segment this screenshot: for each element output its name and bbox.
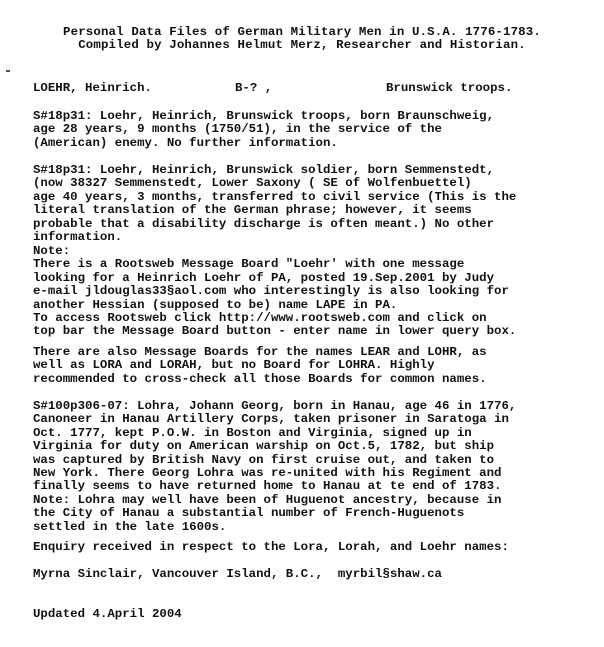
text-line: was captured by British Navy on first cr… [33,454,598,467]
text-line: information. [33,231,598,244]
text-line: Virginia for duty on American warship on… [33,440,598,453]
scan-mark [6,70,10,72]
text-line: recommended to cross-check all those Boa… [33,373,598,386]
text-line: age 40 years, 3 months, transferred to c… [33,191,598,204]
entry-unit: Brunswick troops. [386,82,512,95]
record-paragraph-2: S#18p31: Loehr, Heinrich, Brunswick sold… [33,164,598,244]
text-line: There is a Rootsweb Message Board "Loehr… [33,258,598,271]
text-line: Oct. 1777, kept P.O.W. in Boston and Vir… [33,427,598,440]
text-line: S#18p31: Loehr, Heinrich, Brunswick troo… [33,110,598,123]
text-line: settled in the late 1600s. [33,521,598,534]
text-line: S#100p306-07: Lohra, Johann Georg, born … [33,400,598,413]
text-line: S#18p31: Loehr, Heinrich, Brunswick sold… [33,164,598,177]
text-line: (American) enemy. No further information… [33,137,598,150]
text-line: Canoneer in Hanau Artillery Corps, taken… [33,413,598,426]
document-header: Personal Data Files of German Military M… [0,26,604,53]
entry-name: LOEHR, Heinrich. [33,82,152,95]
document-title: Personal Data Files of German Military M… [0,26,604,39]
record-paragraph-1: S#18p31: Loehr, Heinrich, Brunswick troo… [33,110,598,150]
text-line: New York. There Georg Lohra was re-unite… [33,467,598,480]
text-line: (now 38327 Semmenstedt, Lower Saxony ( S… [33,177,598,190]
entry-code: B-? , [235,82,272,95]
note-paragraph: Note:There is a Rootsweb Message Board "… [33,245,598,339]
message-boards-paragraph: There are also Message Boards for the na… [33,346,598,386]
text-line: the City of Hanau a substantial number o… [33,507,598,520]
contact-line: Myrna Sinclair, Vancouver Island, B.C., … [33,568,598,581]
lohra-record-paragraph: S#100p306-07: Lohra, Johann Georg, born … [33,400,598,534]
text-line: another Hessian (supposed to be) name LA… [33,299,598,312]
text-line: Note: [33,245,598,258]
text-line: Note: Lohra may well have been of Huguen… [33,494,598,507]
text-line: finally seems to have returned home to H… [33,480,598,493]
text-line: age 28 years, 9 months (1750/51), in the… [33,123,598,136]
text-line: There are also Message Boards for the na… [33,346,598,359]
text-line: literal translation of the German phrase… [33,204,598,217]
updated-line: Updated 4.April 2004 [33,608,598,621]
text-line: e-mail jldouglas33§aol.com who interesti… [33,285,598,298]
document-subtitle: Compiled by Johannes Helmut Merz, Resear… [0,39,604,52]
entry-heading: LOEHR, Heinrich. B-? , Brunswick troops. [33,82,573,96]
document-page: Personal Data Files of German Military M… [0,0,604,647]
text-line: well as LORA and LORAH, but no Board for… [33,359,598,372]
text-line: looking for a Heinrich Loehr of PA, post… [33,272,598,285]
text-line: probable that a disability discharge is … [33,218,598,231]
text-line: top bar the Message Board button - enter… [33,325,598,338]
enquiry-line: Enquiry received in respect to the Lora,… [33,541,598,554]
text-line: To access Rootsweb click http://www.root… [33,312,598,325]
